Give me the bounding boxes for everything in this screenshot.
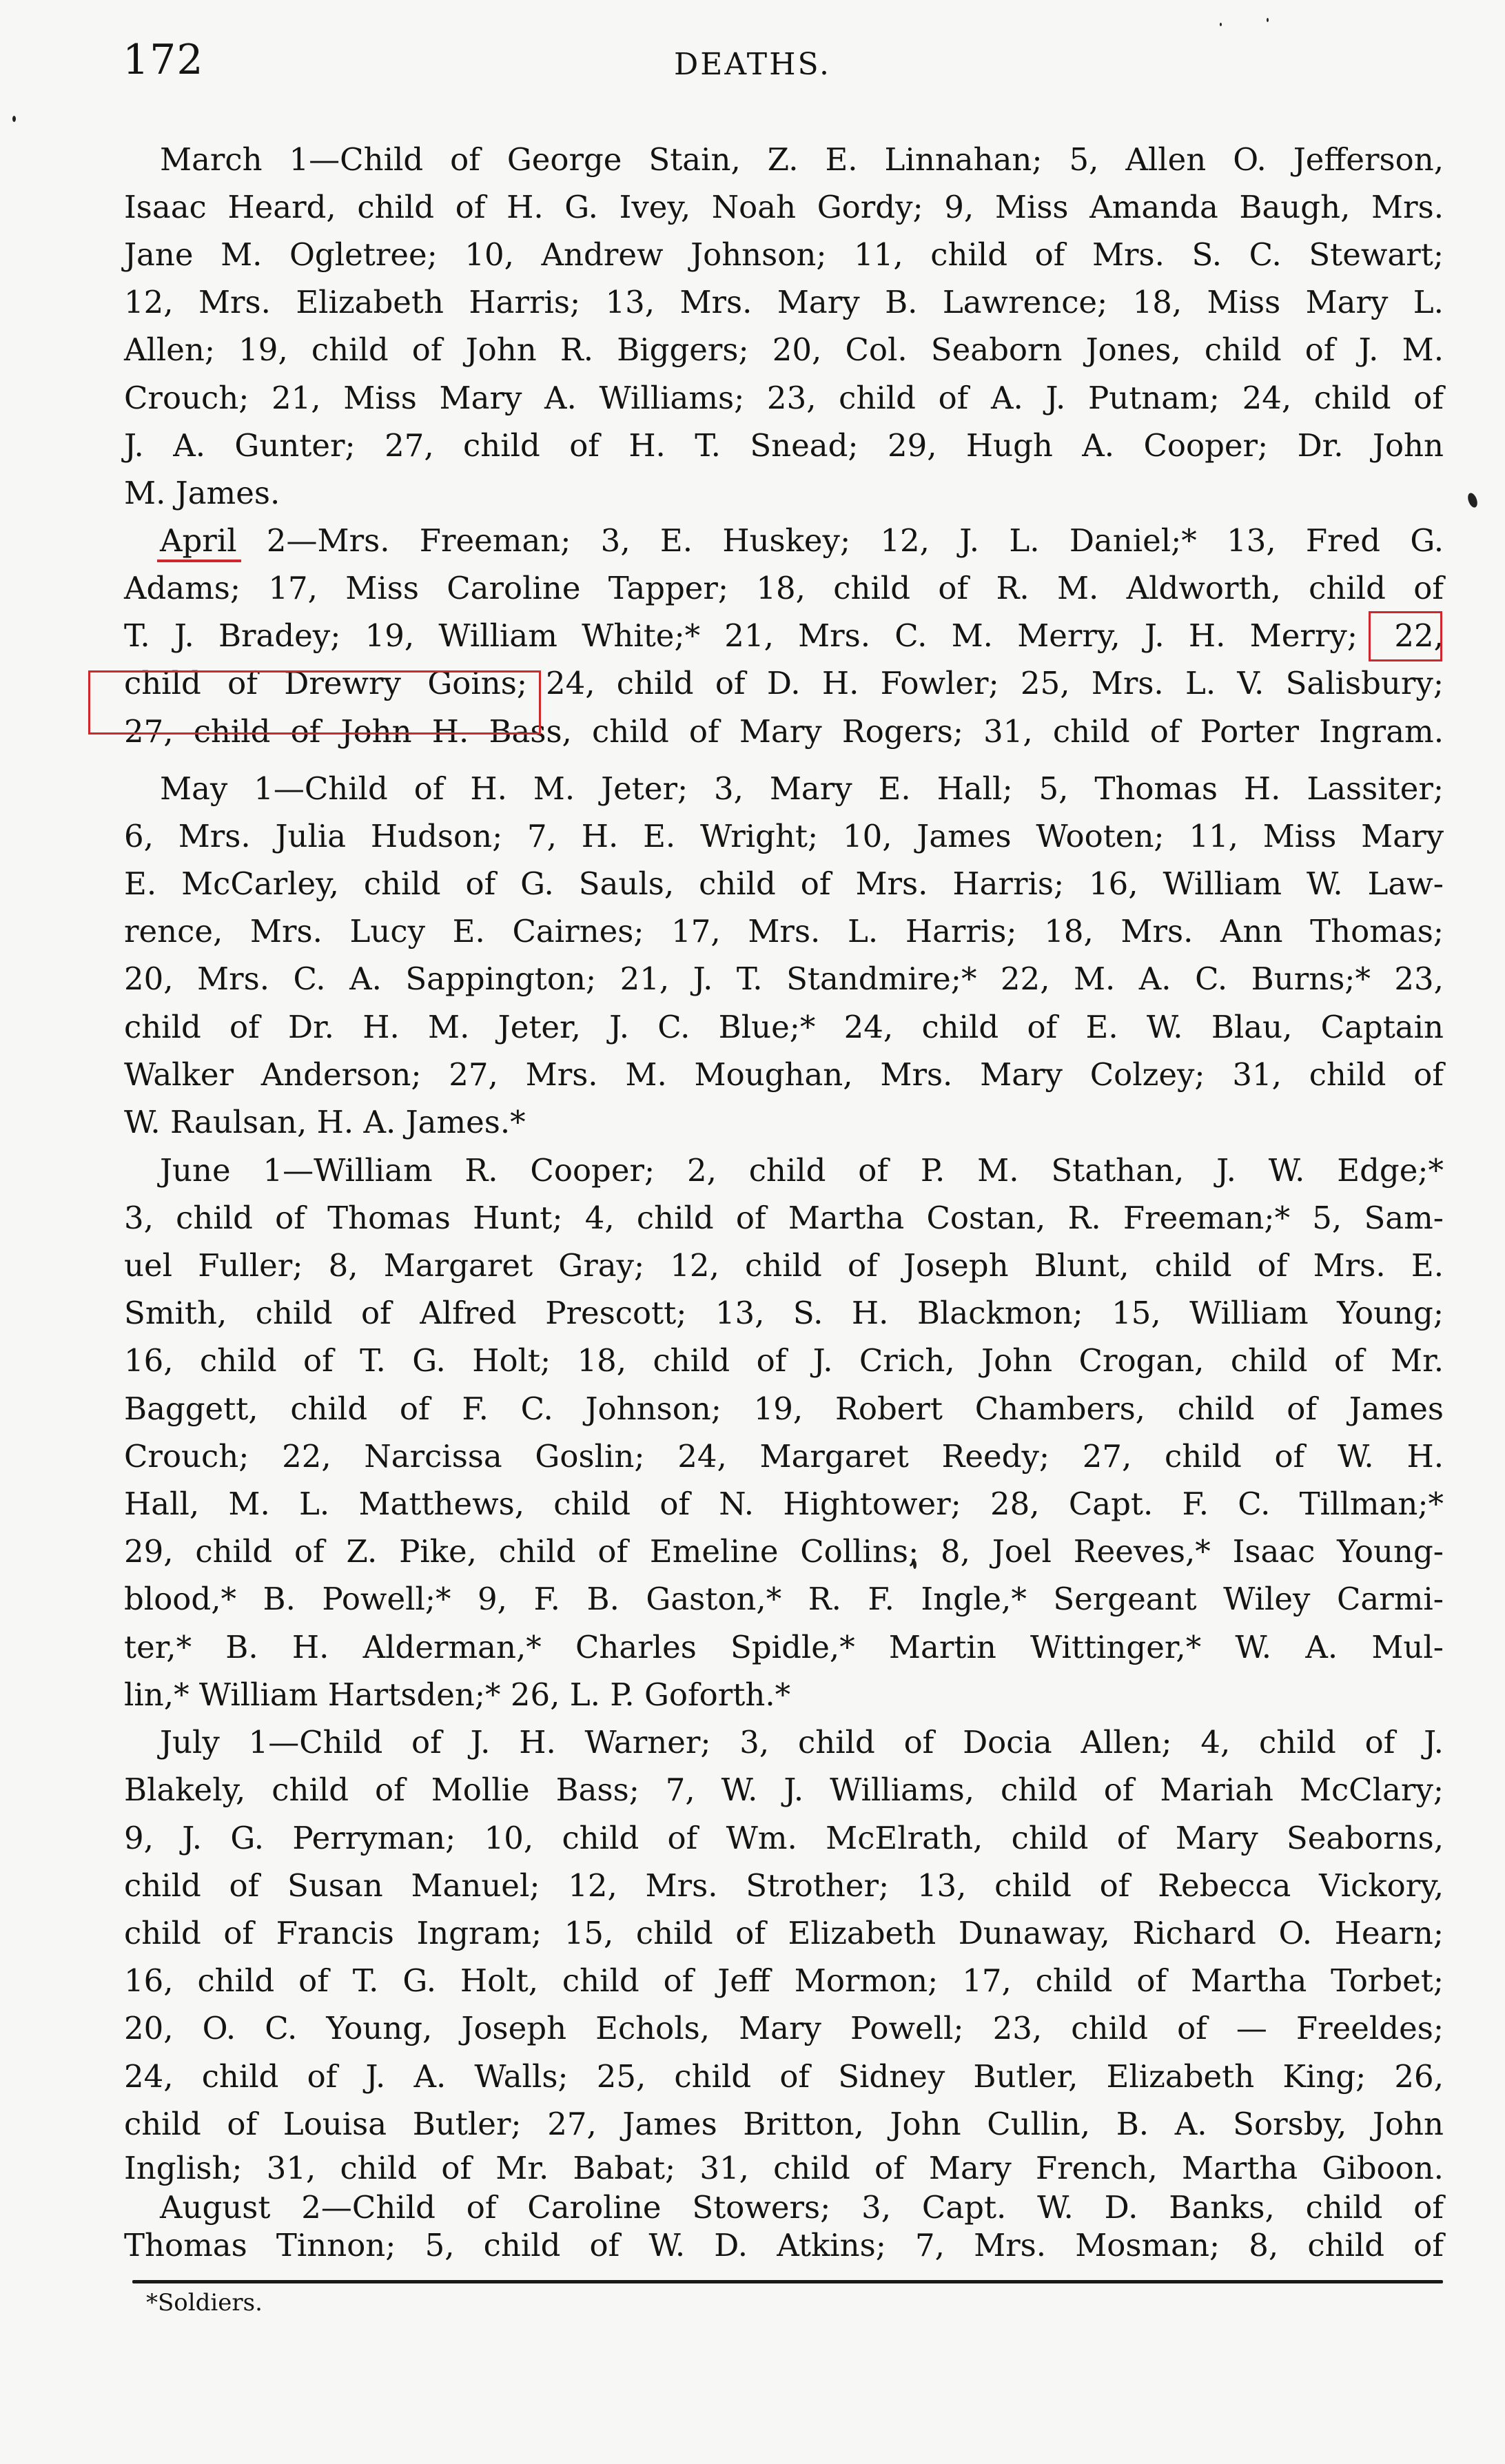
text-line: Adams; 17, Miss Caroline Tapper; 18, chi… bbox=[124, 568, 1444, 608]
scan-speck bbox=[12, 116, 16, 122]
text-line: Baggett, child of F. C. Johnson; 19, Rob… bbox=[124, 1389, 1444, 1429]
text-line: 12, Mrs. Elizabeth Harris; 13, Mrs. Mary… bbox=[124, 283, 1444, 322]
text-line: Thomas Tinnon; 5, child of W. D. Atkins;… bbox=[124, 2226, 1444, 2266]
text-line: 16, child of T. G. Holt; 18, child of J.… bbox=[124, 1341, 1444, 1381]
text-line: May 1—Child of H. M. Jeter; 3, Mary E. H… bbox=[160, 769, 1444, 809]
text-line: 20, Mrs. C. A. Sappington; 21, J. T. Sta… bbox=[124, 959, 1444, 999]
text-line: 6, Mrs. Julia Hudson; 7, H. E. Wright; 1… bbox=[124, 817, 1444, 856]
text-line: 9, J. G. Perryman; 10, child of Wm. McEl… bbox=[124, 1818, 1444, 1858]
footnote-soldiers: *Soldiers. bbox=[146, 2288, 263, 2318]
text-line: blood,* B. Powell;* 9, F. B. Gaston,* R.… bbox=[124, 1579, 1444, 1619]
text-line: Crouch; 22, Narcissa Goslin; 24, Margare… bbox=[124, 1437, 1444, 1477]
scan-speck bbox=[1267, 18, 1269, 22]
text-line: 20, O. C. Young, Joseph Echols, Mary Pow… bbox=[124, 2009, 1444, 2049]
text-line: 27, child of John H. Bass, child of Mary… bbox=[124, 712, 1444, 752]
scan-speck bbox=[913, 1561, 917, 1569]
text-line: 29, child of Z. Pike, child of Emeline C… bbox=[124, 1532, 1444, 1572]
text-line: lin,* William Hartsden;* 26, L. P. Gofor… bbox=[124, 1675, 1444, 1715]
text-line: 24, child of D. H. Fowler; 25, Mrs. L. V… bbox=[546, 664, 1444, 704]
text-line: T. J. Bradey; 19, William White;* 21, Mr… bbox=[124, 616, 1358, 656]
text-line: July 1—Child of J. H. Warner; 3, child o… bbox=[160, 1723, 1444, 1763]
scanned-book-page: 172 DEATHS. March 1—Child of George Stai… bbox=[0, 0, 1505, 2464]
text-line: 24, child of J. A. Walls; 25, child of S… bbox=[124, 2057, 1444, 2097]
running-head-title: DEATHS. bbox=[0, 45, 1505, 84]
highlighted-entry-drewry-goins: child of Drewry Goins; bbox=[124, 664, 527, 704]
text-line: Hall, M. L. Matthews, child of N. Highto… bbox=[124, 1484, 1444, 1524]
text-line: child of Susan Manuel; 12, Mrs. Strother… bbox=[124, 1866, 1444, 1906]
text-line: Smith, child of Alfred Prescott; 13, S. … bbox=[124, 1293, 1444, 1333]
text-line: Isaac Heard, child of H. G. Ivey, Noah G… bbox=[124, 187, 1444, 227]
text-line: child of Louisa Butler; 27, James Britto… bbox=[124, 2104, 1444, 2144]
text-line: ter,* B. H. Alderman,* Charles Spidle,* … bbox=[124, 1628, 1444, 1667]
text-line-rest: 2—Mrs. Freeman; 3, E. Huskey; 12, J. L. … bbox=[237, 521, 1444, 561]
scan-speck bbox=[1466, 492, 1480, 509]
text-line: Allen; 19, child of John R. Biggers; 20,… bbox=[124, 330, 1444, 370]
text-line: June 1—William R. Cooper; 2, child of P.… bbox=[160, 1151, 1444, 1191]
month-label-april: April bbox=[160, 521, 237, 561]
scan-speck bbox=[1220, 23, 1222, 26]
text-line: August 2—Child of Caroline Stowers; 3, C… bbox=[160, 2188, 1444, 2228]
text-line: 16, child of T. G. Holt, child of Jeff M… bbox=[124, 1961, 1444, 2001]
footnote-rule bbox=[132, 2280, 1443, 2283]
text-line: J. A. Gunter; 27, child of H. T. Snead; … bbox=[124, 426, 1444, 466]
text-line: Inglish; 31, child of Mr. Babat; 31, chi… bbox=[124, 2148, 1444, 2188]
text-line: uel Fuller; 8, Margaret Gray; 12, child … bbox=[124, 1246, 1444, 1286]
highlighted-day-22: 22, bbox=[1378, 616, 1444, 656]
text-line: W. Raulsan, H. A. James.* bbox=[124, 1102, 1444, 1142]
text-line: March 1—Child of George Stain, Z. E. Lin… bbox=[160, 140, 1444, 180]
text-line: Crouch; 21, Miss Mary A. Williams; 23, c… bbox=[124, 378, 1444, 418]
text-line: child of Francis Ingram; 15, child of El… bbox=[124, 1913, 1444, 1953]
text-line: Walker Anderson; 27, Mrs. M. Moughan, Mr… bbox=[124, 1055, 1444, 1095]
text-line: April 2—Mrs. Freeman; 3, E. Huskey; 12, … bbox=[160, 521, 1444, 561]
text-line: rence, Mrs. Lucy E. Cairnes; 17, Mrs. L.… bbox=[124, 912, 1444, 952]
text-line: child of Dr. H. M. Jeter, J. C. Blue;* 2… bbox=[124, 1007, 1444, 1047]
text-line: 3, child of Thomas Hunt; 4, child of Mar… bbox=[124, 1198, 1444, 1238]
text-line: M. James. bbox=[124, 473, 1444, 513]
text-line: Blakely, child of Mollie Bass; 7, W. J. … bbox=[124, 1770, 1444, 1810]
text-line: Jane M. Ogletree; 10, Andrew Johnson; 11… bbox=[124, 235, 1444, 275]
text-line: E. McCarley, child of G. Sauls, child of… bbox=[124, 864, 1444, 904]
